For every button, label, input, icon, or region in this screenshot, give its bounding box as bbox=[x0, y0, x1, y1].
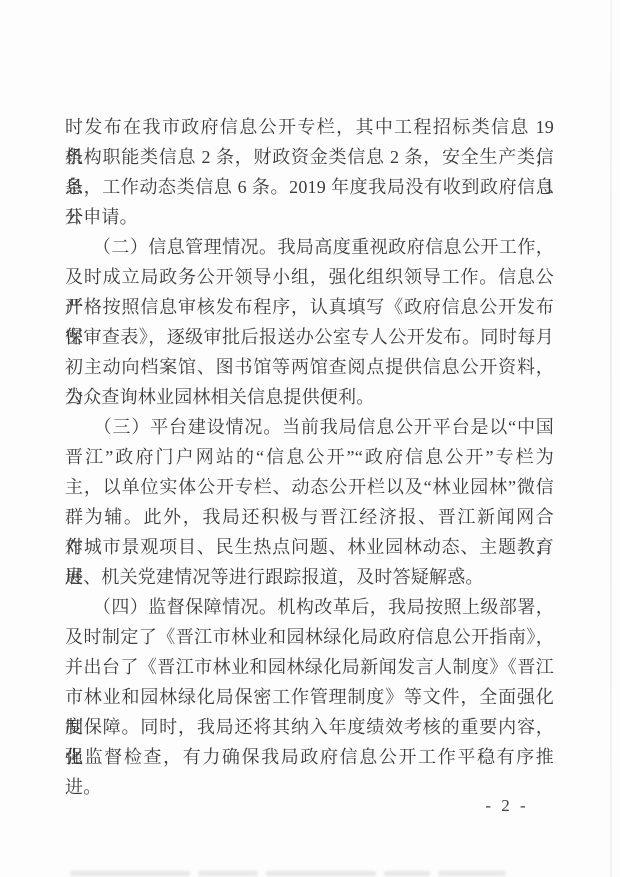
scan-artifact-strip bbox=[266, 871, 376, 876]
text-line: 条，工作动态类信息 6 条。2019 年度我局没有收到政府信息公 bbox=[65, 172, 554, 202]
text-line: 初主动向档案馆、图书馆等两馆查阅点提供信息公开资料，为 bbox=[65, 352, 554, 382]
text-line: 对城市景观项目、民生热点问题、林业园林动态、主题教育进 bbox=[65, 532, 554, 562]
text-line: 密审查表》，逐级审批后报送办公室专人公开发布。同时每月 bbox=[65, 322, 554, 352]
text-line: （四）监督保障情况。机构改革后，我局按照上级部署， bbox=[65, 592, 554, 622]
text-line: 开申请。 bbox=[65, 202, 554, 232]
text-line: 晋江”政府门户网站的“信息公开”“政府信息公开”专栏为 bbox=[65, 442, 554, 472]
scan-artifact-strip bbox=[198, 871, 258, 876]
text-line: 群为辅。此外，我局还积极与晋江经济报、晋江新闻网合作， bbox=[65, 502, 554, 532]
text-line: 及时成立局政务公开领导小组，强化组织领导工作。信息公开 bbox=[65, 262, 554, 292]
text-line: （二）信息管理情况。我局高度重视政府信息公开工作， bbox=[65, 232, 554, 262]
text-line: 度保障。同时，我局还将其纳入年度绩效考核的重要内容，强 bbox=[65, 712, 554, 742]
text-line: 展、机关党建情况等进行跟踪报道，及时答疑解惑。 bbox=[65, 562, 554, 592]
text-line: 公众查询林业园林相关信息提供便利。 bbox=[65, 382, 554, 412]
text-line: 时发布在我市政府信息公开专栏，其中工程招标类信息 19 条， bbox=[65, 112, 554, 142]
text-line: 机构职能类信息 2 条，财政资金类信息 2 条，安全生产类信息 1 bbox=[65, 142, 554, 172]
text-line: 并出台了《晋江市林业和园林绿化局新闻发言人制度》《晋江 bbox=[65, 652, 554, 682]
scan-artifact-strip bbox=[70, 871, 190, 876]
scan-edge-line bbox=[610, 0, 612, 877]
text-line: 化监督检查，有力确保我局政府信息公开工作平稳有序推进。 bbox=[65, 742, 554, 772]
scan-artifact-strip bbox=[384, 871, 430, 876]
scan-artifact-strip bbox=[438, 871, 506, 876]
text-line: 及时制定了《晋江市林业和园林绿化局政府信息公开指南》， bbox=[65, 622, 554, 652]
text-line: 主，以单位实体公开专栏、动态公开栏以及“林业园林”微信 bbox=[65, 472, 554, 502]
page-number: - 2 - bbox=[470, 796, 544, 816]
document-page: 时发布在我市政府信息公开专栏，其中工程招标类信息 19 条，机构职能类信息 2 … bbox=[0, 0, 620, 877]
text-line: 市林业和园林绿化局保密工作管理制度》等文件，全面强化制 bbox=[65, 682, 554, 712]
document-body: 时发布在我市政府信息公开专栏，其中工程招标类信息 19 条，机构职能类信息 2 … bbox=[65, 112, 554, 772]
text-line: 严格按照信息审核发布程序，认真填写《政府信息公开发布保 bbox=[65, 292, 554, 322]
text-line: （三）平台建设情况。当前我局信息公开平台是以“中国 bbox=[65, 412, 554, 442]
